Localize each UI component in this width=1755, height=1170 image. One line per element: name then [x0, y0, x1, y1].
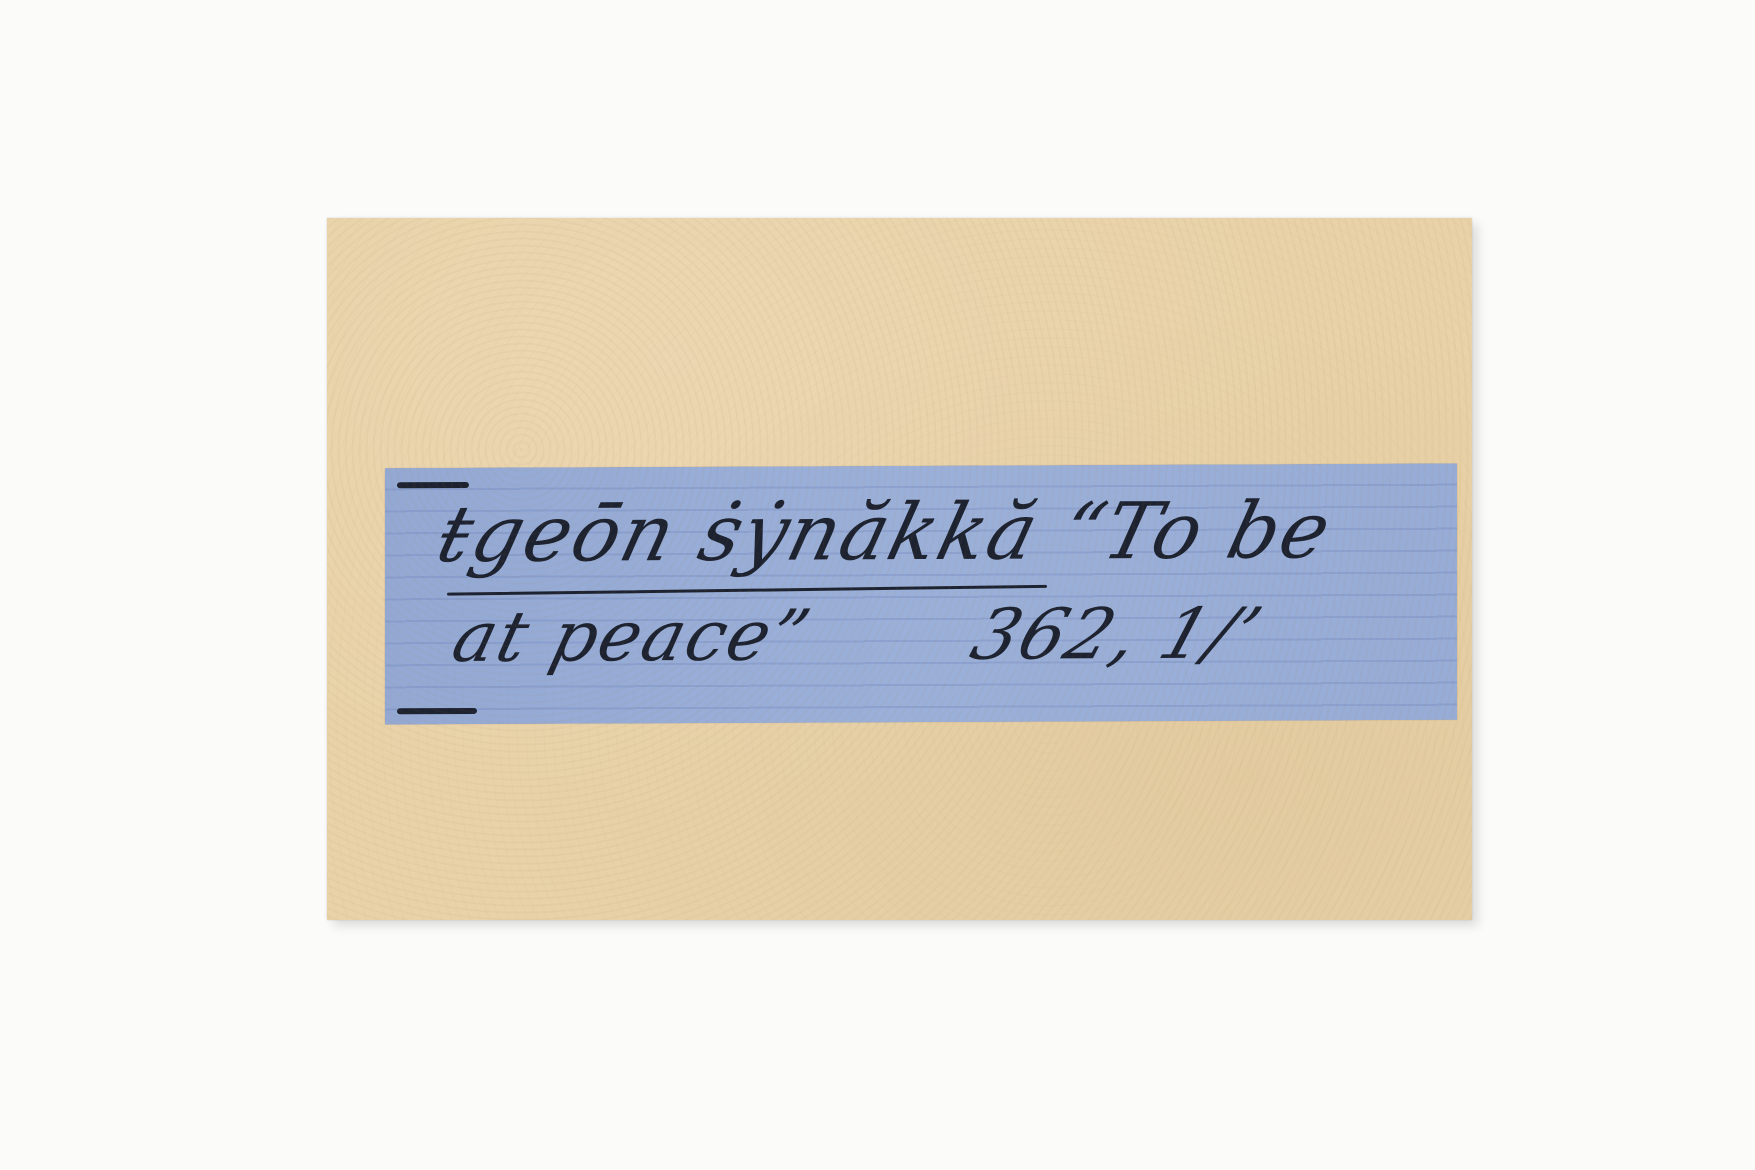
mount-card: ŧgeōn ṡẏnăkkă “To be at peace” 362, 1/’ [327, 218, 1472, 920]
handwritten-slip: ŧgeōn ṡẏnăkkă “To be at peace” 362, 1/’ [385, 464, 1457, 725]
ink-edge-mark-bottom [397, 708, 477, 714]
handwritten-line-1: ŧgeōn ṡẏnăkkă “To be [429, 486, 1341, 580]
page-reference: 362, 1/’ [962, 592, 1273, 675]
handwritten-line-2: at peace” [445, 594, 820, 678]
ink-edge-mark-top [397, 482, 469, 488]
